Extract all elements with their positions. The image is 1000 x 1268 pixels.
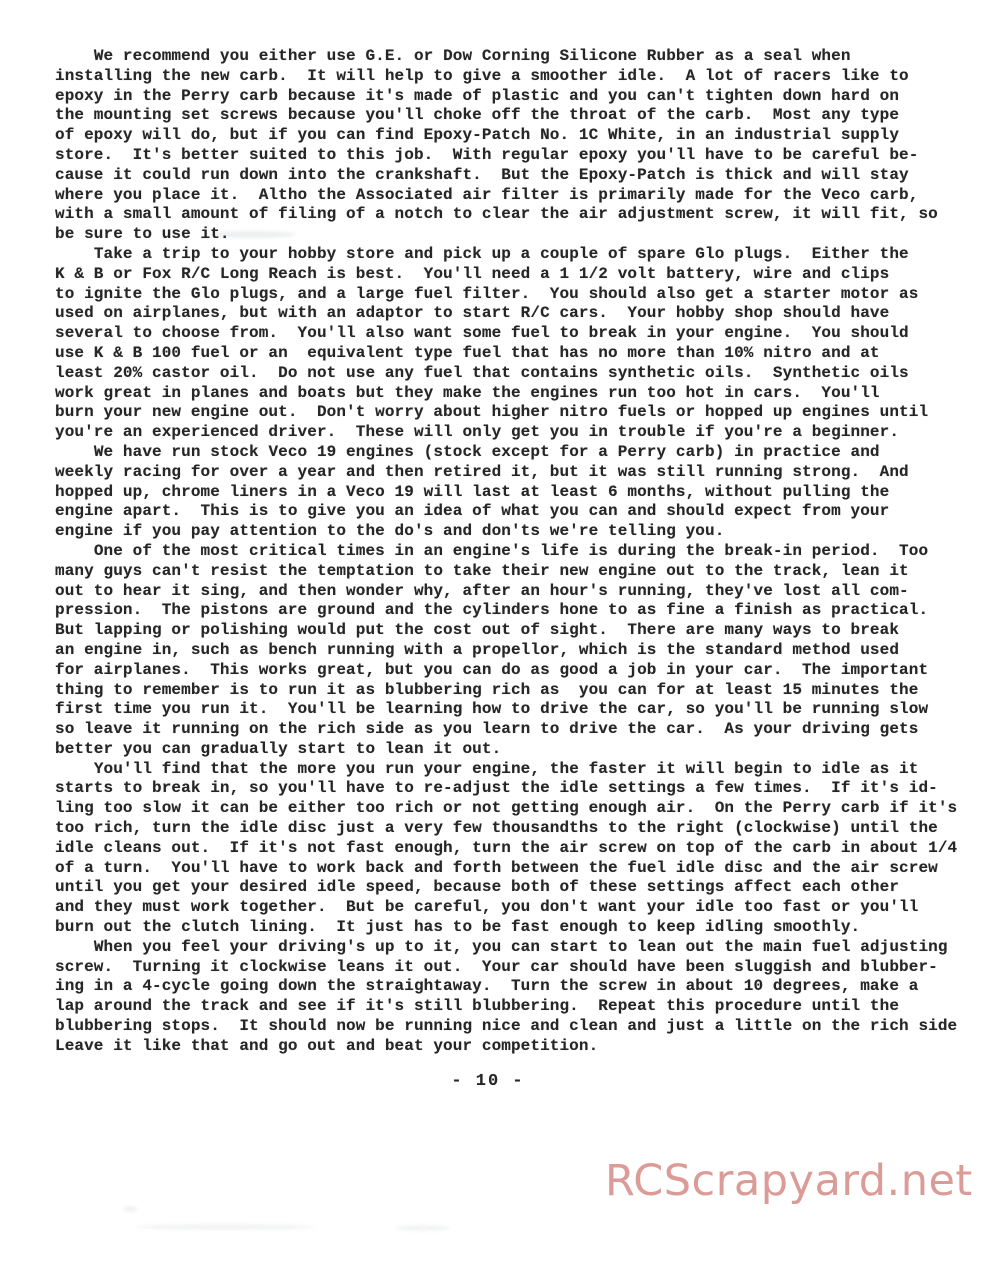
body-text: We recommend you either use G.E. or Dow …: [55, 47, 965, 1057]
paragraph-idle-settings: You'll find that the more you run your e…: [55, 760, 965, 938]
smudge-mark: [123, 1206, 137, 1212]
scanned-page: We recommend you either use G.E. or Dow …: [0, 0, 1000, 1268]
paragraph-veco-engines: We have run stock Veco 19 engines (stock…: [55, 443, 965, 542]
paragraph-lean-out: When you feel your driving's up to it, y…: [55, 938, 965, 1057]
paragraph-hobby-store: Take a trip to your hobby store and pick…: [55, 245, 965, 443]
paragraph-break-in-period: One of the most critical times in an eng…: [55, 542, 965, 760]
page-number: - 10 -: [0, 1072, 976, 1091]
watermark: RCScrapyard.net: [605, 1156, 973, 1206]
paragraph-silicone-seal: We recommend you either use G.E. or Dow …: [55, 47, 965, 245]
smudge-mark: [210, 231, 295, 238]
smudge-mark: [135, 1224, 315, 1230]
smudge-mark: [395, 1225, 450, 1231]
